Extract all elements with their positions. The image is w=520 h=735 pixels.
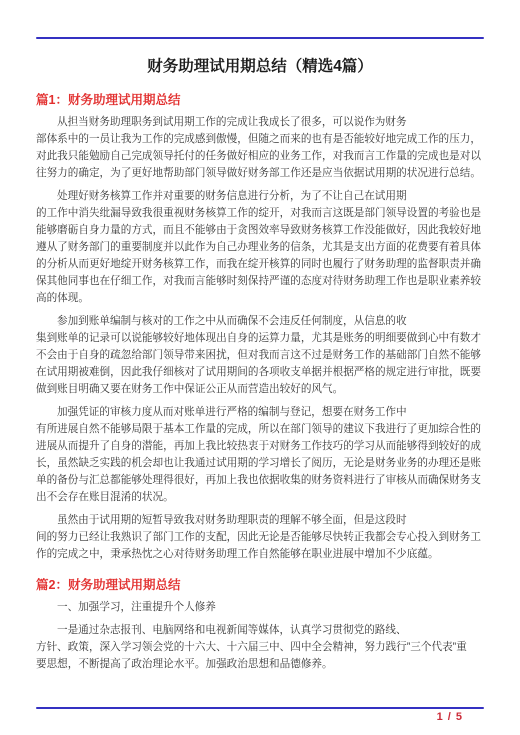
section-heading-2: 篇2：财务助理试用期总结 bbox=[36, 577, 484, 593]
section-heading-1: 篇1：财务助理试用期总结 bbox=[36, 92, 484, 108]
paragraph: 虽然由于试用期的短暂导致我对财务助理职责的理解不够全面，但是这段时 间的努力已经… bbox=[36, 512, 484, 563]
page-number: 1 / 5 bbox=[437, 711, 463, 723]
footer-rule bbox=[36, 707, 484, 709]
paragraph: 一、加强学习，注重提升个人修养 bbox=[36, 599, 484, 616]
paragraph: 从担当财务助理职务到试用期工作的完成让我成长了很多，可以说作为财务 部体系中的一… bbox=[36, 114, 484, 182]
header-rule bbox=[36, 37, 484, 39]
document-page: 财务助理试用期总结（精选4篇） 篇1：财务助理试用期总结 从担当财务助理职务到试… bbox=[0, 0, 520, 735]
paragraph: 处理好财务核算工作并对重要的财务信息进行分析，为了不让自己在试用期 的工作中消失… bbox=[36, 188, 484, 307]
paragraph: 加强凭证的审核力度从而对账单进行严格的编制与登记，想要在财务工作中 有所进展自然… bbox=[36, 404, 484, 506]
paragraph: 一是通过杂志报刊、电脑网络和电视新闻等媒体，认真学习贯彻党的路线、 方针、政策，… bbox=[36, 622, 484, 673]
document-content: 财务助理试用期总结（精选4篇） 篇1：财务助理试用期总结 从担当财务助理职务到试… bbox=[36, 56, 484, 679]
paragraph: 参加到账单编制与核对的工作之中从而确保不会违反任何制度，从信息的收 集到账单的记… bbox=[36, 313, 484, 398]
document-title: 财务助理试用期总结（精选4篇） bbox=[36, 56, 484, 78]
